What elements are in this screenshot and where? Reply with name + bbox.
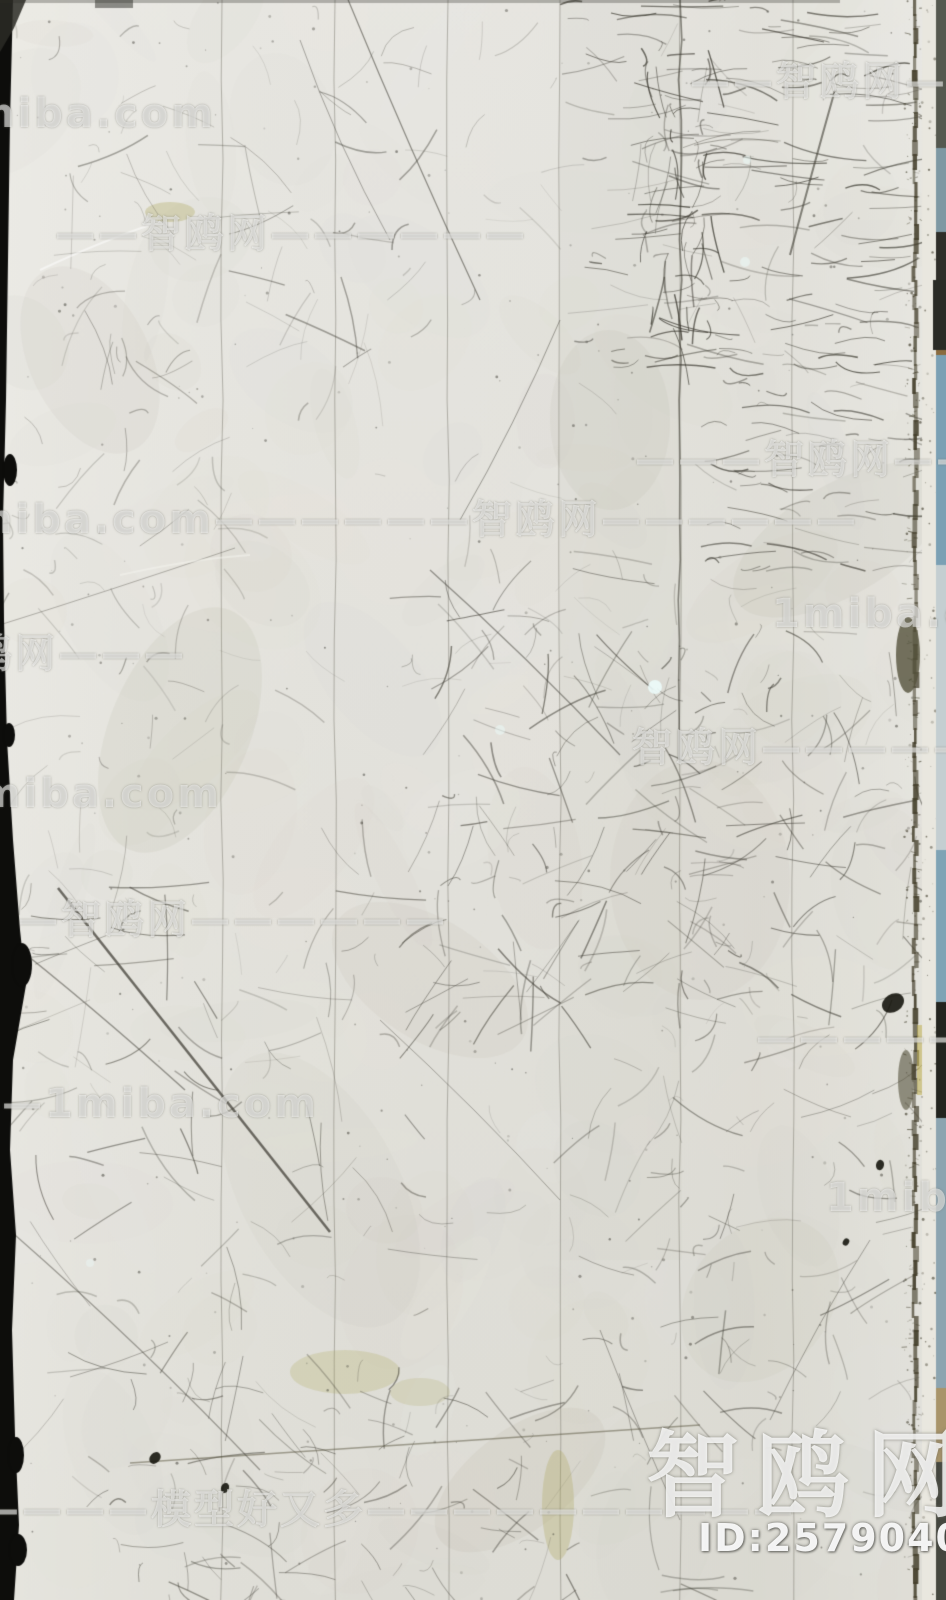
scratched-panel-texture bbox=[0, 0, 946, 1600]
texture-photo: 1miba.com——智鸥网————智鸥网—————————智鸥网———1mib… bbox=[0, 0, 946, 1600]
